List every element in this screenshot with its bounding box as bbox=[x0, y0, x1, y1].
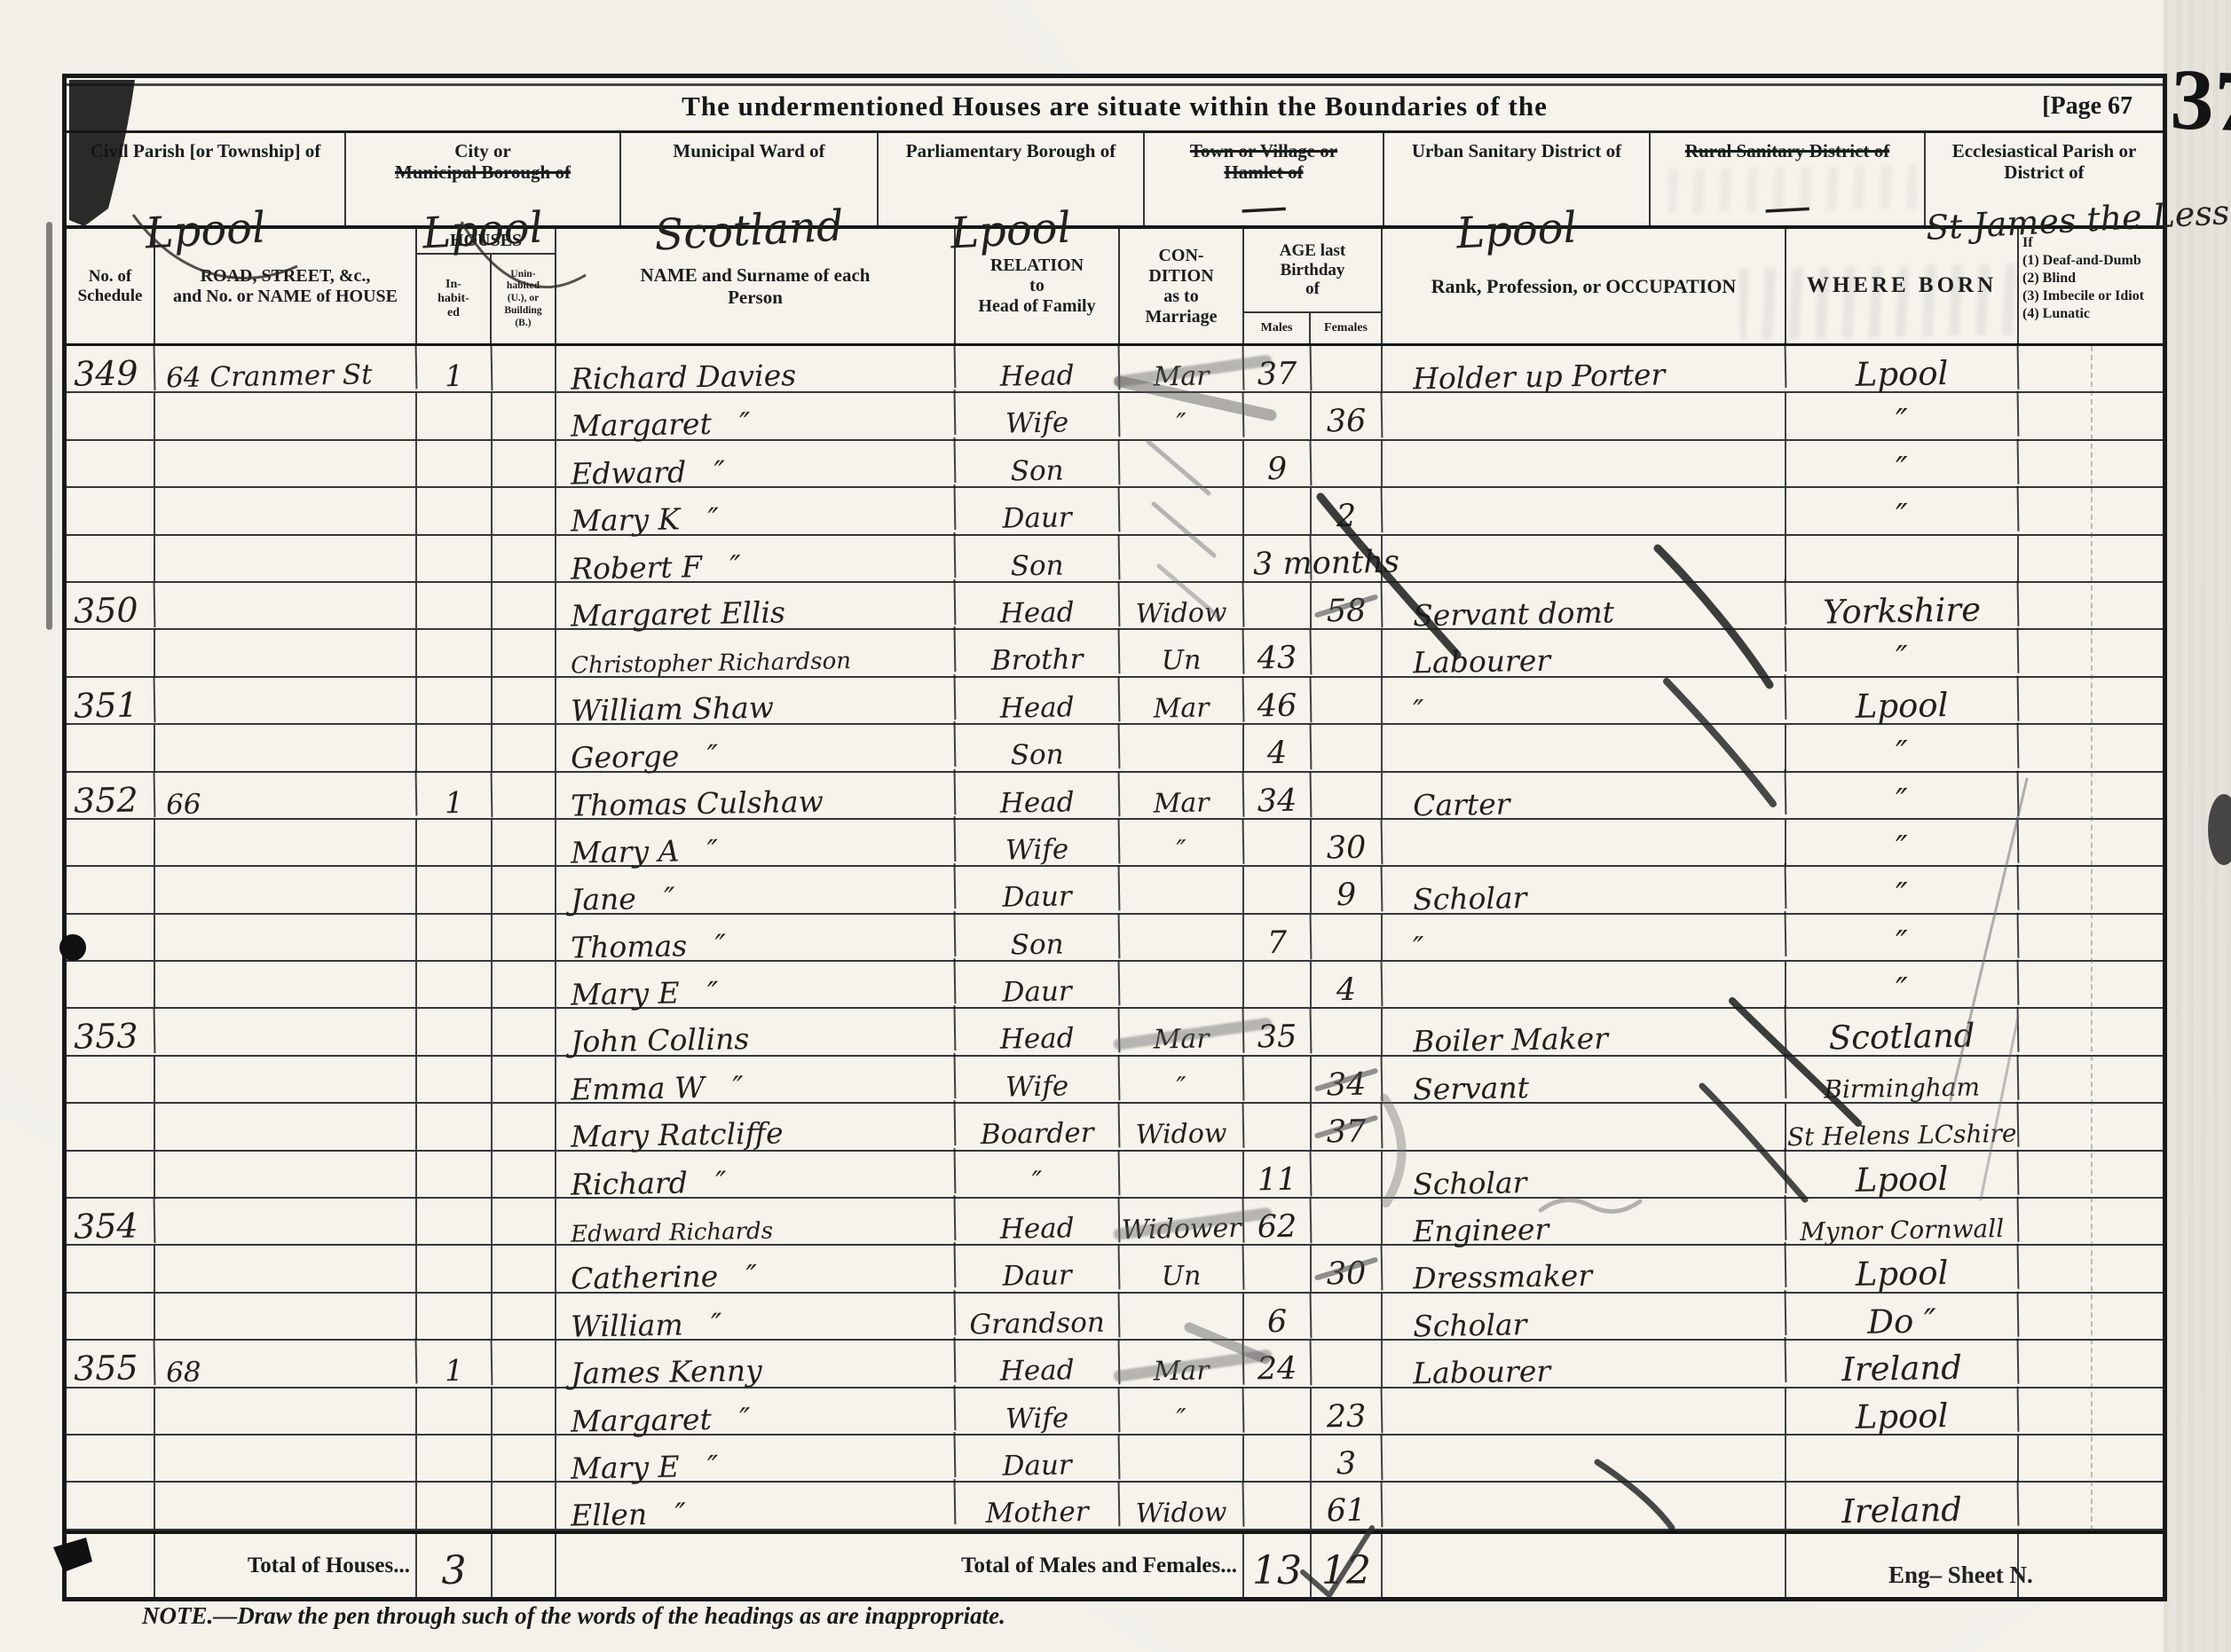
cell-rel: Mother bbox=[956, 1482, 1121, 1530]
cell-occ: ″ bbox=[1383, 674, 1787, 727]
cell-sch bbox=[67, 820, 155, 865]
table-row: George ″Son4″ bbox=[67, 725, 2163, 772]
cell-uninh bbox=[493, 1057, 556, 1102]
cell-uninh bbox=[493, 1436, 556, 1481]
cell-addr bbox=[155, 1009, 417, 1054]
total-houses-value: 3 bbox=[417, 1534, 493, 1597]
cell-uninh bbox=[493, 393, 556, 438]
cell-name: Mary E ″ bbox=[556, 958, 957, 1011]
district-box: Ecclesiastical Parish orDistrict ofSt Ja… bbox=[1926, 133, 2163, 225]
cell-uninh bbox=[493, 1341, 556, 1386]
cell-sch bbox=[67, 1104, 155, 1149]
cell-uninh bbox=[493, 962, 556, 1007]
table-row: Mary A ″Wife″30″ bbox=[67, 820, 2163, 867]
table-row: Margaret ″Wife″23Lpool bbox=[67, 1388, 2163, 1436]
district-header: Civil Parish [or Township] ofLpoolCity o… bbox=[67, 133, 2163, 229]
cell-addr: 66 bbox=[155, 770, 418, 821]
table-row: 350Margaret EllisHeadWidow58Servant domt… bbox=[67, 583, 2163, 630]
cell-addr bbox=[155, 1294, 417, 1339]
cell-rel: Grandson bbox=[956, 1292, 1121, 1341]
infirmity-column-dotted-line bbox=[2091, 346, 2093, 1530]
cell-occ: Scholar bbox=[1383, 863, 1787, 916]
cell-rel: Daur bbox=[956, 1245, 1121, 1294]
cell-cond bbox=[1120, 1294, 1244, 1339]
cell-born: ″ bbox=[1786, 818, 2020, 868]
cell-sch bbox=[67, 441, 155, 486]
cell-uninh bbox=[493, 725, 556, 770]
cell-cond bbox=[1120, 1436, 1244, 1481]
cell-rel: Head bbox=[956, 1340, 1121, 1388]
cell-addr bbox=[155, 441, 417, 486]
cell-inh bbox=[417, 725, 493, 770]
cell-f bbox=[1312, 915, 1383, 960]
header-schedule: No. of Schedule bbox=[67, 229, 155, 343]
cell-occ: Servant domt bbox=[1383, 579, 1787, 632]
cell-inh bbox=[417, 962, 493, 1007]
table-row: Christopher RichardsonBrothrUn43Labourer… bbox=[67, 630, 2163, 677]
cell-born: Lpool bbox=[1786, 1386, 2020, 1436]
cell-m bbox=[1244, 1057, 1312, 1102]
cell-occ: Carter bbox=[1383, 769, 1787, 822]
cell-sch bbox=[67, 915, 155, 960]
cell-addr bbox=[155, 725, 417, 770]
cell-cond: Mar bbox=[1120, 1008, 1245, 1056]
header-condition: CON- DITION as to Marriage bbox=[1120, 229, 1244, 343]
cell-m bbox=[1244, 1483, 1312, 1528]
cell-rel: Daur bbox=[956, 1434, 1121, 1483]
cell-occ: Scholar bbox=[1383, 1148, 1787, 1200]
cell-occ: Dressmaker bbox=[1383, 1242, 1787, 1294]
cell-m: 34 bbox=[1244, 772, 1313, 819]
cell-rel: Head bbox=[956, 676, 1121, 725]
cell-rel: Head bbox=[956, 1197, 1121, 1246]
cell-inh: 1 bbox=[417, 345, 493, 392]
cell-m: 3 months bbox=[1244, 535, 1313, 582]
cell-sch bbox=[67, 962, 155, 1007]
district-box: Civil Parish [or Township] ofLpool bbox=[67, 133, 346, 225]
cell-sch bbox=[67, 1057, 155, 1102]
cell-cond: ″ bbox=[1120, 392, 1245, 440]
cell-f: 34 bbox=[1312, 1056, 1384, 1103]
cell-name: Mary Ratcliffe bbox=[556, 1100, 957, 1152]
cell-occ: Labourer bbox=[1383, 626, 1787, 679]
cell-addr bbox=[155, 1199, 417, 1244]
cell-name: George ″ bbox=[556, 721, 957, 774]
district-box: Rural Sanitary District of— bbox=[1651, 133, 1926, 225]
cell-uninh bbox=[493, 915, 556, 960]
cell-cond bbox=[1120, 867, 1244, 912]
total-females-value: 12 bbox=[1312, 1534, 1383, 1597]
table-row: 351William ShawHeadMar46″Lpool bbox=[67, 678, 2163, 725]
cell-cond: ″ bbox=[1120, 1056, 1245, 1104]
cell-occ bbox=[1383, 393, 1786, 438]
cell-inh bbox=[417, 820, 493, 865]
cell-addr bbox=[155, 1152, 417, 1197]
cell-born: Yorkshire bbox=[1786, 581, 2020, 631]
district-box: Parliamentary Borough ofLpool bbox=[879, 133, 1145, 225]
cell-sch: 351 bbox=[67, 677, 156, 724]
cell-uninh bbox=[493, 536, 556, 581]
cell-born: Lpool bbox=[1786, 675, 2020, 725]
table-row: Mary RatcliffeBoarderWidow37St Helens LC… bbox=[67, 1104, 2163, 1151]
cell-occ bbox=[1383, 1388, 1786, 1434]
cell-occ: Servant bbox=[1383, 1053, 1787, 1105]
cell-born: Lpool bbox=[1786, 1149, 2020, 1199]
cell-inh bbox=[417, 1294, 493, 1339]
table-row: Catherine ″DaurUn30DressmakerLpool bbox=[67, 1246, 2163, 1293]
district-box-label: Hamlet of bbox=[1145, 161, 1383, 183]
cell-sch bbox=[67, 1294, 155, 1339]
cell-inh: 1 bbox=[417, 772, 493, 819]
cell-occ: Labourer bbox=[1383, 1337, 1787, 1389]
cell-f bbox=[1312, 725, 1383, 770]
cell-occ bbox=[1383, 536, 1786, 581]
table-row: Mary E ″Daur3 bbox=[67, 1436, 2163, 1483]
cell-inh bbox=[417, 441, 493, 486]
cell-m bbox=[1244, 488, 1312, 533]
cell-inh bbox=[417, 915, 493, 960]
cell-occ bbox=[1383, 488, 1786, 533]
cell-m bbox=[1244, 1436, 1312, 1481]
cell-cond bbox=[1120, 915, 1244, 960]
total-males-value: 13 bbox=[1244, 1534, 1312, 1597]
table-row: 355681James KennyHeadMar24LabourerIrelan… bbox=[67, 1341, 2163, 1388]
cell-inh bbox=[417, 1436, 493, 1481]
cell-name: Catherine ″ bbox=[556, 1242, 957, 1294]
cell-born: Scotland bbox=[1786, 1007, 2020, 1057]
cell-name: Thomas ″ bbox=[556, 911, 957, 964]
cell-rel: Son bbox=[956, 913, 1121, 962]
district-box-label: City or bbox=[346, 140, 619, 161]
cell-addr bbox=[155, 630, 417, 675]
cell-name: Mary E ″ bbox=[556, 1432, 957, 1484]
cell-rel: Daur bbox=[956, 866, 1121, 915]
cell-m bbox=[1244, 962, 1312, 1007]
cell-uninh bbox=[493, 1294, 556, 1339]
cell-addr bbox=[155, 820, 417, 865]
cell-name: William ″ bbox=[556, 1290, 957, 1342]
cell-occ: Holder up Porter bbox=[1383, 342, 1787, 395]
district-box: Municipal Ward ofScotland bbox=[621, 133, 879, 225]
cell-inh bbox=[417, 393, 493, 438]
cell-addr bbox=[155, 1388, 417, 1434]
table-row: William ″Grandson6ScholarDo ″ bbox=[67, 1294, 2163, 1341]
cell-f: 4 bbox=[1312, 961, 1384, 1008]
cell-f: 3 bbox=[1312, 1435, 1384, 1482]
cell-rel: Daur bbox=[956, 960, 1121, 1009]
cell-born: Lpool bbox=[1786, 344, 2020, 394]
cell-name: Jane ″ bbox=[556, 863, 957, 916]
cell-sch bbox=[67, 630, 155, 675]
cell-occ: Boiler Maker bbox=[1383, 1006, 1787, 1058]
sheet-frame: The undermentioned Houses are situate wi… bbox=[62, 74, 2167, 1601]
cell-name: Margaret ″ bbox=[556, 389, 957, 442]
table-row: Jane ″Daur9Scholar″ bbox=[67, 867, 2163, 914]
table-row: Thomas ″Son7″″ bbox=[67, 915, 2163, 962]
cell-uninh bbox=[493, 1199, 556, 1244]
district-box: City orMunicipal Borough ofLpool bbox=[346, 133, 621, 225]
cell-name: John Collins bbox=[556, 1006, 957, 1058]
cell-name: Mary A ″ bbox=[556, 816, 957, 869]
district-box-label: Urban Sanitary District of bbox=[1384, 140, 1649, 161]
cell-addr: 68 bbox=[155, 1339, 418, 1389]
cell-rel: Son bbox=[956, 724, 1121, 773]
cell-uninh bbox=[493, 1388, 556, 1434]
district-box-label: District of bbox=[1926, 161, 2163, 183]
header-houses-group: HOUSES In- habit- ed Unin- habited (U.),… bbox=[417, 229, 556, 343]
table-row: Richard ″″11ScholarLpool bbox=[67, 1152, 2163, 1199]
total-houses-label: Total of Houses... bbox=[155, 1534, 417, 1597]
cell-born: Ireland bbox=[1786, 1339, 2020, 1388]
cell-f: 9 bbox=[1312, 867, 1384, 914]
cell-addr bbox=[155, 1246, 417, 1291]
cell-inh bbox=[417, 630, 493, 675]
cell-name: Thomas Culshaw bbox=[556, 769, 957, 822]
cell-m bbox=[1244, 393, 1312, 438]
header-occupation: Rank, Profession, or OCCUPATION bbox=[1383, 229, 1786, 343]
cell-m bbox=[1244, 867, 1312, 912]
cell-sch bbox=[67, 725, 155, 770]
cell-uninh bbox=[493, 1246, 556, 1291]
cell-occ: Engineer bbox=[1383, 1195, 1787, 1247]
cell-uninh bbox=[493, 1483, 556, 1528]
cell-m: 6 bbox=[1244, 1293, 1313, 1340]
cell-sch bbox=[67, 1436, 155, 1481]
table-row: Ellen ″MotherWidow61Ireland bbox=[67, 1483, 2163, 1530]
cell-m bbox=[1244, 1246, 1312, 1291]
table-row: Edward ″Son9″ bbox=[67, 441, 2163, 488]
header-inhabited: In- habit- ed bbox=[417, 255, 492, 343]
cell-sch bbox=[67, 867, 155, 912]
cell-f: 61 bbox=[1312, 1483, 1384, 1530]
cell-cond: Mar bbox=[1120, 1340, 1245, 1388]
cell-cond: Mar bbox=[1120, 677, 1245, 725]
cell-born: Lpool bbox=[1786, 1244, 2020, 1294]
header-infirmity: If (1) Deaf-and-Dumb (2) Blind (3) Imbec… bbox=[2019, 229, 2163, 343]
header-age-males: Males bbox=[1244, 313, 1311, 343]
paper-specks bbox=[0, 0, 2, 2]
cell-m: 11 bbox=[1244, 1151, 1313, 1198]
total-mf-label: Total of Males and Females... bbox=[556, 1534, 1244, 1597]
cell-f: 2 bbox=[1312, 487, 1384, 534]
cell-born: Birmingham bbox=[1786, 1055, 2020, 1105]
cell-cond: Widow bbox=[1120, 582, 1245, 630]
cell-born: ″ bbox=[1786, 770, 2020, 820]
cell-f bbox=[1312, 630, 1383, 675]
cell-f: 58 bbox=[1312, 582, 1384, 629]
table-row: 34964 Cranmer St1Richard DaviesHeadMar37… bbox=[67, 346, 2163, 393]
cell-f bbox=[1312, 1341, 1383, 1386]
cell-uninh bbox=[493, 1104, 556, 1149]
cell-addr: 64 Cranmer St bbox=[155, 343, 418, 394]
cell-cond: ″ bbox=[1120, 1387, 1245, 1435]
cell-cond: Widower bbox=[1120, 1198, 1245, 1246]
cell-sch: 354 bbox=[67, 1198, 156, 1245]
census-sheet: 37 The undermentioned Houses are situate… bbox=[0, 0, 2231, 1652]
table-row: 354Edward RichardsHeadWidower62EngineerM… bbox=[67, 1199, 2163, 1246]
header-age-females: Females bbox=[1311, 313, 1381, 343]
header-where-born: WHERE BORN bbox=[1786, 229, 2019, 343]
cell-inh bbox=[417, 1246, 493, 1291]
cell-addr bbox=[155, 867, 417, 912]
cell-sch bbox=[67, 393, 155, 438]
cell-sch: 352 bbox=[67, 772, 156, 819]
cell-cond: Un bbox=[1120, 1245, 1245, 1293]
cell-occ bbox=[1383, 962, 1786, 1007]
cell-m bbox=[1244, 583, 1312, 628]
table-row: Margaret ″Wife″36″ bbox=[67, 393, 2163, 440]
cell-rel: Wife bbox=[956, 1055, 1121, 1104]
district-box-label: Rural Sanitary District of bbox=[1651, 140, 1924, 161]
district-box-label: Municipal Ward of bbox=[621, 140, 877, 161]
cell-f bbox=[1312, 678, 1383, 723]
cell-m: 35 bbox=[1244, 1009, 1313, 1056]
cell-uninh bbox=[493, 1152, 556, 1197]
corner-number: 37 bbox=[2169, 50, 2231, 152]
cell-born: St Helens LCshire bbox=[1786, 1102, 2020, 1152]
cell-name: William Shaw bbox=[556, 674, 957, 727]
column-headers: No. of Schedule ROAD, STREET, &c., and N… bbox=[67, 229, 2163, 346]
cell-uninh bbox=[493, 346, 556, 391]
cell-uninh bbox=[493, 867, 556, 912]
cell-f bbox=[1312, 1199, 1383, 1244]
header-name: NAME and Surname of each Person bbox=[556, 229, 956, 343]
cell-inh bbox=[417, 1483, 493, 1528]
scan-right-margin bbox=[2164, 0, 2231, 1652]
table-row: Emma W ″Wife″34ServantBirmingham bbox=[67, 1057, 2163, 1104]
cell-inh bbox=[417, 1057, 493, 1102]
sheet-label: Eng– Sheet N. bbox=[1888, 1562, 2033, 1589]
cell-rel: Brothr bbox=[956, 629, 1121, 678]
cell-name: Christopher Richardson bbox=[556, 626, 957, 679]
cell-name: Margaret ″ bbox=[556, 1385, 957, 1437]
cell-rel: Head bbox=[956, 581, 1121, 630]
cell-m: 7 bbox=[1244, 914, 1313, 961]
cell-m bbox=[1244, 820, 1312, 865]
totals-row: Total of Houses... 3 Total of Males and … bbox=[67, 1530, 2163, 1597]
cell-occ: ″ bbox=[1383, 911, 1787, 964]
cell-m: 9 bbox=[1244, 440, 1313, 487]
header-relation: RELATION to Head of Family bbox=[956, 229, 1120, 343]
cell-m bbox=[1244, 1388, 1312, 1434]
cell-sch bbox=[67, 488, 155, 533]
cell-sch: 350 bbox=[67, 582, 156, 629]
cell-rel: Head bbox=[956, 771, 1121, 820]
cell-name: Richard Davies bbox=[556, 342, 957, 395]
cell-addr bbox=[155, 1436, 417, 1481]
cell-born: ″ bbox=[1786, 723, 2020, 773]
cell-sch bbox=[67, 1246, 155, 1291]
cell-name: James Kenny bbox=[556, 1337, 957, 1389]
cell-addr bbox=[155, 1483, 417, 1528]
header-age-group: AGE last Birthday of Males Females bbox=[1244, 229, 1383, 343]
cell-born bbox=[1786, 1436, 2019, 1481]
cell-rel: Son bbox=[956, 534, 1121, 583]
district-box-label: Ecclesiastical Parish or bbox=[1926, 140, 2163, 161]
cell-inh bbox=[417, 1388, 493, 1434]
cell-f: 37 bbox=[1312, 1104, 1384, 1151]
cell-m: 24 bbox=[1244, 1341, 1313, 1388]
cell-addr bbox=[155, 488, 417, 533]
cell-rel: Head bbox=[956, 344, 1121, 393]
cell-born: Do ″ bbox=[1786, 1292, 2020, 1341]
cell-uninh bbox=[493, 630, 556, 675]
table-row: Robert F ″Son3 months bbox=[67, 536, 2163, 583]
cell-f: 30 bbox=[1312, 1246, 1384, 1293]
cell-rel: Wife bbox=[956, 818, 1121, 867]
cell-rel: Boarder bbox=[956, 1103, 1121, 1152]
cell-inh bbox=[417, 678, 493, 723]
cell-cond bbox=[1120, 488, 1244, 533]
cell-cond: Widow bbox=[1120, 1482, 1245, 1530]
cell-f bbox=[1312, 346, 1383, 391]
totals-occupation-cell bbox=[1383, 1534, 1786, 1597]
header-age: AGE last Birthday of bbox=[1244, 229, 1381, 311]
cell-sch bbox=[67, 1152, 155, 1197]
page-number: [Page 67 bbox=[2042, 92, 2132, 121]
cell-cond: Mar bbox=[1120, 771, 1245, 819]
district-box: Town or Village orHamlet of— bbox=[1145, 133, 1384, 225]
cell-uninh bbox=[493, 441, 556, 486]
cell-occ bbox=[1383, 441, 1786, 486]
cell-inh bbox=[417, 1104, 493, 1149]
cell-rel: Head bbox=[956, 1008, 1121, 1057]
cell-born: Mynor Cornwall bbox=[1786, 1197, 2020, 1247]
cell-f: 30 bbox=[1312, 819, 1384, 866]
cell-f bbox=[1312, 1009, 1383, 1054]
table-row: 353John CollinsHeadMar35Boiler MakerScot… bbox=[67, 1009, 2163, 1056]
totals-uninhabited-cell bbox=[493, 1534, 556, 1597]
cell-inh bbox=[417, 1009, 493, 1054]
totals-infirmity-cell bbox=[2019, 1534, 2163, 1597]
cell-sch bbox=[67, 1388, 155, 1434]
cell-sch bbox=[67, 536, 155, 581]
cell-name: Richard ″ bbox=[556, 1148, 957, 1200]
cell-uninh bbox=[493, 820, 556, 865]
cell-born: ″ bbox=[1786, 391, 2020, 441]
cell-born: ″ bbox=[1786, 960, 2020, 1010]
cell-born: ″ bbox=[1786, 486, 2020, 536]
cell-f bbox=[1312, 773, 1383, 818]
title-band: The undermentioned Houses are situate wi… bbox=[67, 78, 2163, 133]
scan-edge-line bbox=[46, 222, 52, 630]
cell-cond: Un bbox=[1120, 629, 1245, 677]
cell-name: Edward Richards bbox=[556, 1195, 957, 1247]
cell-cond: ″ bbox=[1120, 819, 1245, 867]
table-body: 34964 Cranmer St1Richard DaviesHeadMar37… bbox=[67, 346, 2163, 1530]
cell-f: 23 bbox=[1312, 1388, 1384, 1435]
header-road: ROAD, STREET, &c., and No. or NAME of HO… bbox=[155, 229, 417, 343]
cell-cond bbox=[1120, 536, 1244, 581]
cell-addr bbox=[155, 915, 417, 960]
cell-uninh bbox=[493, 773, 556, 818]
cell-name: Margaret Ellis bbox=[556, 579, 957, 632]
table-row: Mary K ″Daur2″ bbox=[67, 488, 2163, 535]
cell-rel: Son bbox=[956, 439, 1121, 488]
cell-sch: 355 bbox=[67, 1340, 156, 1387]
cell-born: Ireland bbox=[1786, 1481, 2020, 1530]
district-box-label: Municipal Borough of bbox=[346, 161, 619, 183]
cell-m: 62 bbox=[1244, 1198, 1313, 1245]
footer-note: NOTE.—Draw the pen through such of the w… bbox=[142, 1602, 1005, 1630]
cell-occ: Scholar bbox=[1383, 1290, 1787, 1342]
table-row: Mary E ″Daur4″ bbox=[67, 962, 2163, 1009]
cell-inh: 1 bbox=[417, 1340, 493, 1387]
cell-inh bbox=[417, 488, 493, 533]
cell-f bbox=[1312, 441, 1383, 486]
cell-sch bbox=[67, 1483, 155, 1528]
cell-m bbox=[1244, 1104, 1312, 1149]
